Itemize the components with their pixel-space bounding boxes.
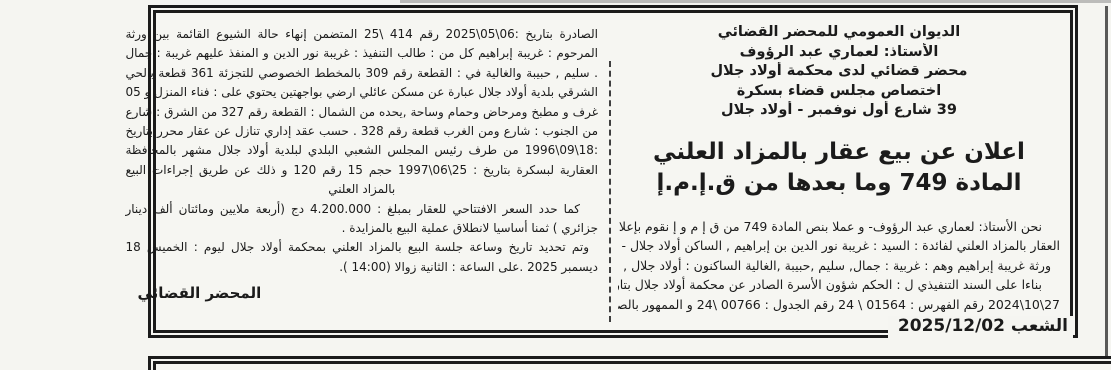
announcement-line: بناءا على السند التنفيذي ل : الحكم شؤون … <box>618 275 1060 295</box>
adjacent-frame-border <box>1105 6 1108 358</box>
details-line: غرف و مطبخ ومرحاض وحمام وساحة ,يحده من ا… <box>125 103 598 122</box>
scan-artifact-top <box>400 0 1111 3</box>
office-header-line: محضر قضائي لدى محكمة أولاد جلال <box>618 62 1060 82</box>
announcement-line: ورثة غريبة إبراهيم وهم : غربية : جمال, س… <box>618 256 1060 276</box>
notice-announcement: نحن الأستاذ: لعماري عبد الرؤوف- و عملا ب… <box>618 217 1060 315</box>
details-line: ديسمبر 2025 .على الساعة : الثانية زوالا … <box>125 258 598 277</box>
announcement-line: نحن الأستاذ: لعماري عبد الرؤوف- و عملا ب… <box>618 217 1060 237</box>
details-line: وتم تحديد تاريخ وساعة جلسة البيع بالمزاد… <box>125 238 598 257</box>
office-header-line: الأستاذ: لعماري عبد الرؤوف <box>618 43 1060 63</box>
notice-title: اعلان عن بيع عقار بالمزاد العلني المادة … <box>618 137 1060 199</box>
office-header-line: الديوان العمومي للمحضر القضائي <box>618 23 1060 43</box>
notice-title-line: اعلان عن بيع عقار بالمزاد العلني <box>618 137 1060 168</box>
bailiff-signature-label: المحضر القضائي <box>125 284 598 303</box>
notice-title-line: المادة 749 وما بعدها من ق.إ.م.إ <box>618 168 1060 199</box>
notice-main-column: الديوان العمومي للمحضر القضائي الأستاذ: … <box>614 17 1066 330</box>
newspaper-date: الشعب 2025/12/02 <box>888 316 1073 338</box>
details-line: :18\09\1996 من طرف رئيس المجلس الشعبي ال… <box>125 141 598 160</box>
details-line: المرحوم : غريبة إبراهيم كل من : طالب الت… <box>125 44 598 63</box>
next-ad-frame-top <box>148 356 1111 370</box>
announcement-line: 27\10\2024 رقم الفهرس : 01564 \ 24 رقم ا… <box>618 295 1060 315</box>
column-divider <box>609 61 611 322</box>
announcement-line: العقار بالمزاد العلني لفائدة : السيد : غ… <box>618 236 1060 256</box>
details-line: . سليم , حبيبة والغالية في : القطعة رقم … <box>125 64 598 83</box>
details-line: جزائري ) ثمنا أساسيا لانطلاق عملية البيع… <box>125 219 598 238</box>
legal-notice-frame: الديوان العمومي للمحضر القضائي الأستاذ: … <box>148 5 1078 338</box>
office-header-line: 39 شارع أول نوفمبر - أولاد جلال <box>618 101 1060 121</box>
details-line: الصادرة بتاريخ :06\05\2025 رقم 414 \25 ا… <box>125 25 598 44</box>
office-header-line: اختصاص مجلس قضاء بسكرة <box>618 82 1060 102</box>
newspaper-scan-page: الديوان العمومي للمحضر القضائي الأستاذ: … <box>0 0 1111 370</box>
details-line: بالمزاد العلني <box>125 180 598 199</box>
details-line: كما حدد السعر الافتتاحي للعقار بمبلغ : 4… <box>125 200 598 219</box>
notice-details-column: الصادرة بتاريخ :06\05\2025 رقم 414 \25 ا… <box>119 17 606 330</box>
details-line: من الجنوب : شارع ومن الغرب قطعة رقم 328 … <box>125 122 598 141</box>
office-header: الديوان العمومي للمحضر القضائي الأستاذ: … <box>618 23 1060 121</box>
details-line: العقارية لبسكرة بتاريخ : 25\06\1997 حجم … <box>125 161 598 180</box>
details-line: الشرقي بلدية أولاد جلال عبارة عن مسكن عا… <box>125 83 598 102</box>
